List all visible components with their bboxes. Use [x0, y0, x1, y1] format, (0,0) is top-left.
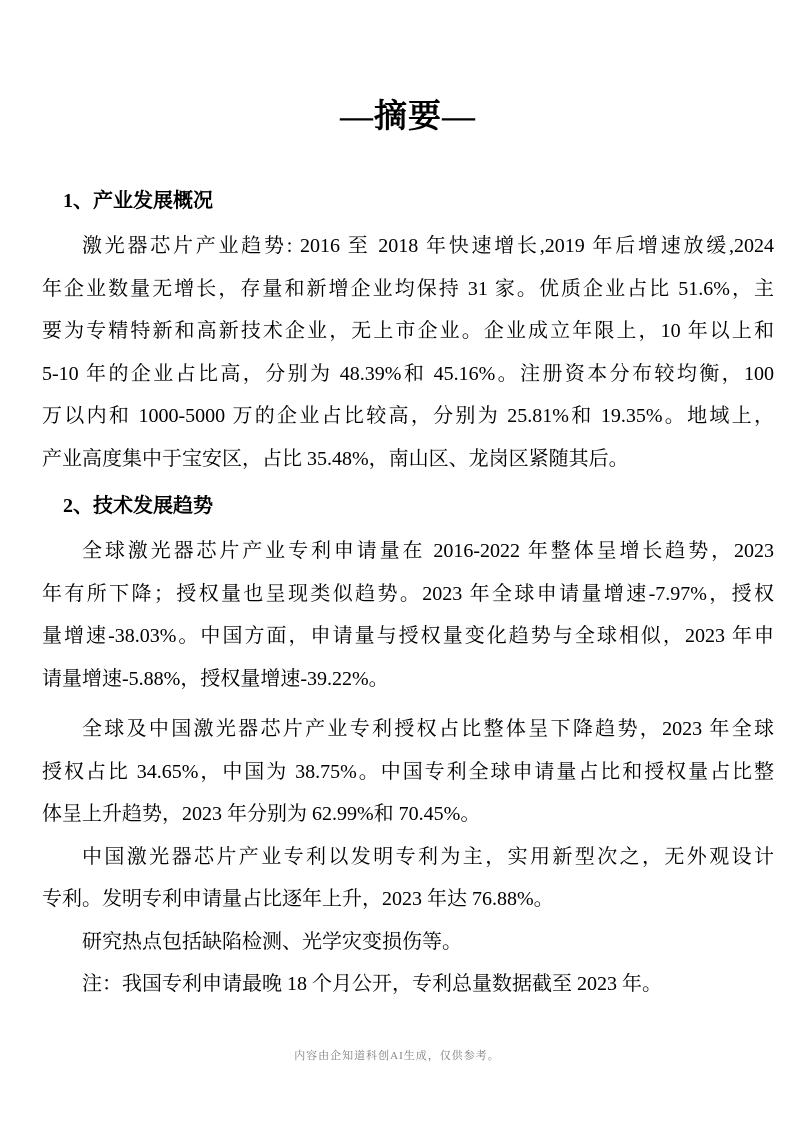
text-line: 要为专精特新和高新技术企业，无上市企业。企业成立年限上，10 年以上和 [42, 310, 774, 353]
text-line: 量增速-38.03%。中国方面，申请量与授权量变化趋势与全球相似，2023 年申 [42, 615, 774, 658]
section-heading-tech-trends: 2、技术发展趋势 [42, 494, 774, 518]
text-line: 年有所下降；授权量也呈现类似趋势。2023 年全球申请量增速-7.97%，授权 [42, 573, 774, 616]
paragraph-grant-ratio: 全球及中国激光器芯片产业专利授权占比整体呈下降趋势，2023 年全球 授权占比 … [42, 708, 774, 836]
text-line: 体呈上升趋势，2023 年分别为 62.99%和 70.45%。 [42, 793, 774, 836]
text-line: 全球及中国激光器芯片产业专利授权占比整体呈下降趋势，2023 年全球 [42, 708, 774, 751]
page-title: —摘要— [42, 95, 774, 139]
text-line: 专利。发明专利申请量占比逐年上升，2023 年达 76.88%。 [42, 878, 774, 921]
text-line: 授权占比 34.65%，中国为 38.75%。中国专利全球申请量占比和授权量占比… [42, 751, 774, 794]
paragraph-research-hotspots: 研究热点包括缺陷检测、光学灾变损伤等。 [42, 921, 774, 964]
text-line: 5-10 年的企业占比高，分别为 48.39%和 45.16%。注册资本分布较均… [42, 353, 774, 396]
section-tech-trends: 2、技术发展趋势 全球激光器芯片产业专利申请量在 2016-2022 年整体呈增… [42, 494, 774, 1006]
text-line: 注：我国专利申请最晚 18 个月公开，专利总量数据截至 2023 年。 [42, 963, 774, 1006]
text-line: 激光器芯片产业趋势: 2016 至 2018 年快速增长,2019 年后增速放缓… [42, 225, 774, 268]
text-line: 请量增速-5.88%，授权量增速-39.22%。 [42, 658, 774, 701]
text-line: 中国激光器芯片产业专利以发明专利为主，实用新型次之，无外观设计 [42, 836, 774, 879]
text-line: 万以内和 1000-5000 万的企业占比较高，分别为 25.81%和 19.3… [42, 395, 774, 438]
document-page: —摘要— 1、产业发展概况 激光器芯片产业趋势: 2016 至 2018 年快速… [0, 0, 794, 1123]
text-line: 研究热点包括缺陷检测、光学灾变损伤等。 [42, 921, 774, 964]
paragraph-note: 注：我国专利申请最晚 18 个月公开，专利总量数据截至 2023 年。 [42, 963, 774, 1006]
paragraph-patent-types: 中国激光器芯片产业专利以发明专利为主，实用新型次之，无外观设计 专利。发明专利申… [42, 836, 774, 921]
text-line: 全球激光器芯片产业专利申请量在 2016-2022 年整体呈增长趋势，2023 [42, 530, 774, 573]
section-heading-industry-overview: 1、产业发展概况 [42, 189, 774, 213]
text-line: 产业高度集中于宝安区，占比 35.48%，南山区、龙岗区紧随其后。 [42, 438, 774, 481]
section-industry-overview: 1、产业发展概况 激光器芯片产业趋势: 2016 至 2018 年快速增长,20… [42, 189, 774, 480]
paragraph-global-patent-applications: 全球激光器芯片产业专利申请量在 2016-2022 年整体呈增长趋势，2023 … [42, 530, 774, 700]
footer-disclaimer: 内容由企知道科创AI生成，仅供参考。 [0, 1048, 794, 1064]
paragraph-industry-trend: 激光器芯片产业趋势: 2016 至 2018 年快速增长,2019 年后增速放缓… [42, 225, 774, 480]
text-line: 年企业数量无增长，存量和新增企业均保持 31 家。优质企业占比 51.6%，主 [42, 268, 774, 311]
